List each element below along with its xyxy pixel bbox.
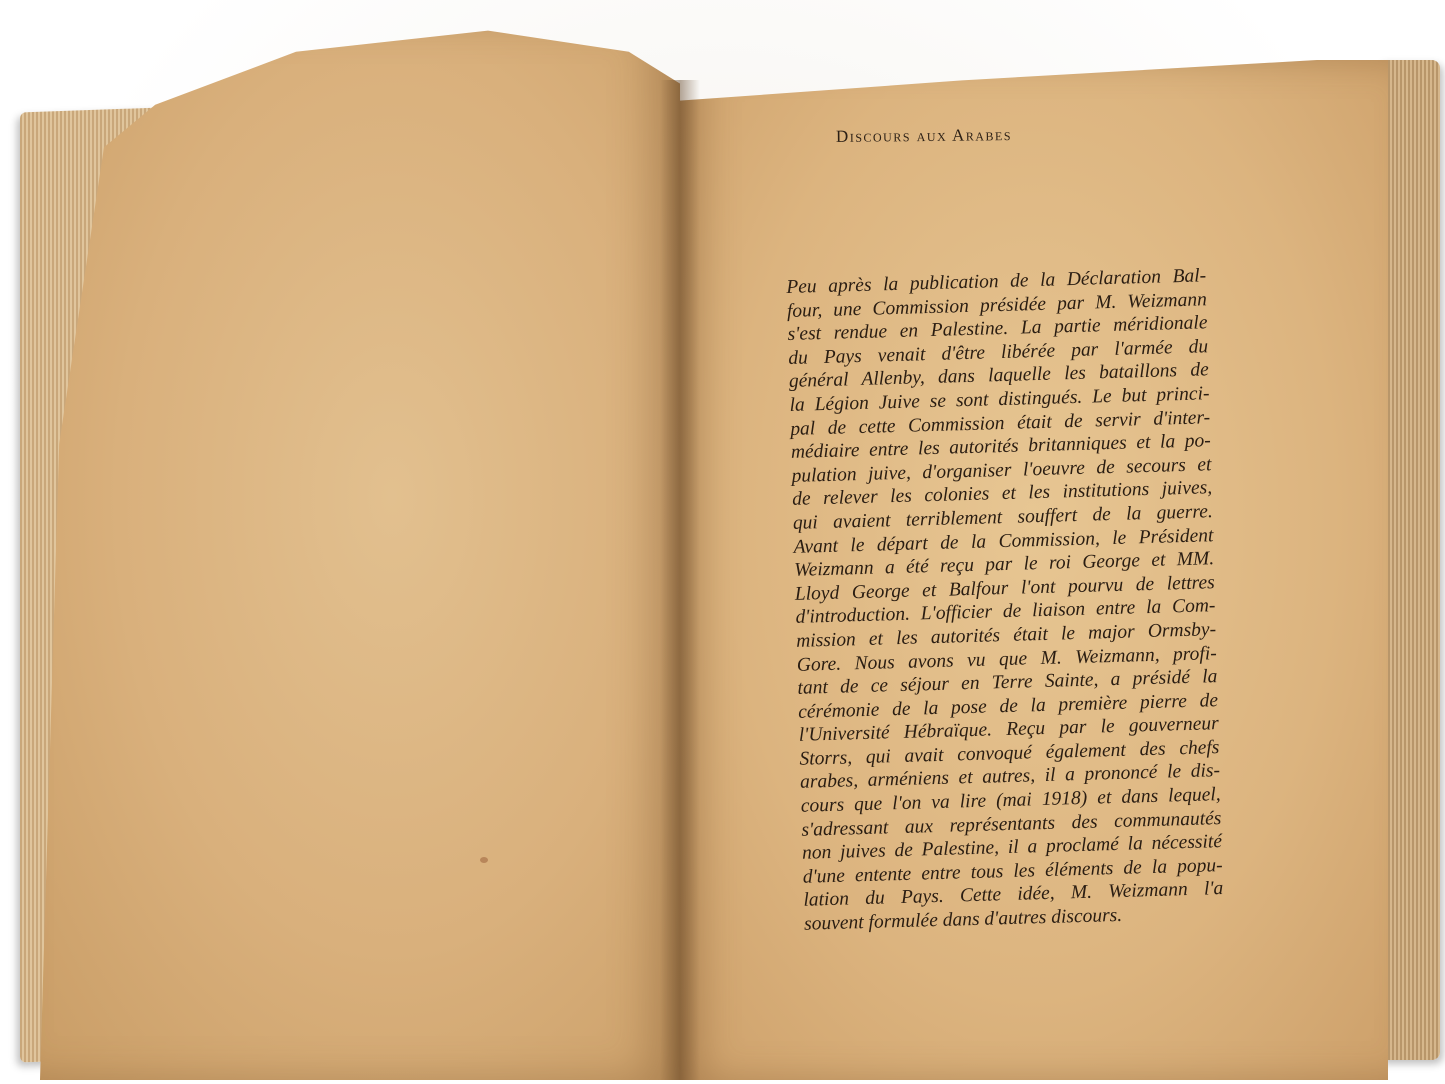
running-head: Discours aux Arabes — [836, 125, 1012, 147]
paper-stain — [480, 857, 488, 863]
open-book: Discours aux Arabes Peu après la publica… — [0, 0, 1445, 1084]
right-page-edges — [1380, 60, 1440, 1060]
book-gutter — [660, 80, 700, 1080]
left-page-blank — [40, 20, 680, 1080]
body-paragraph: Peu après la publication de la Déclarati… — [786, 264, 1224, 936]
